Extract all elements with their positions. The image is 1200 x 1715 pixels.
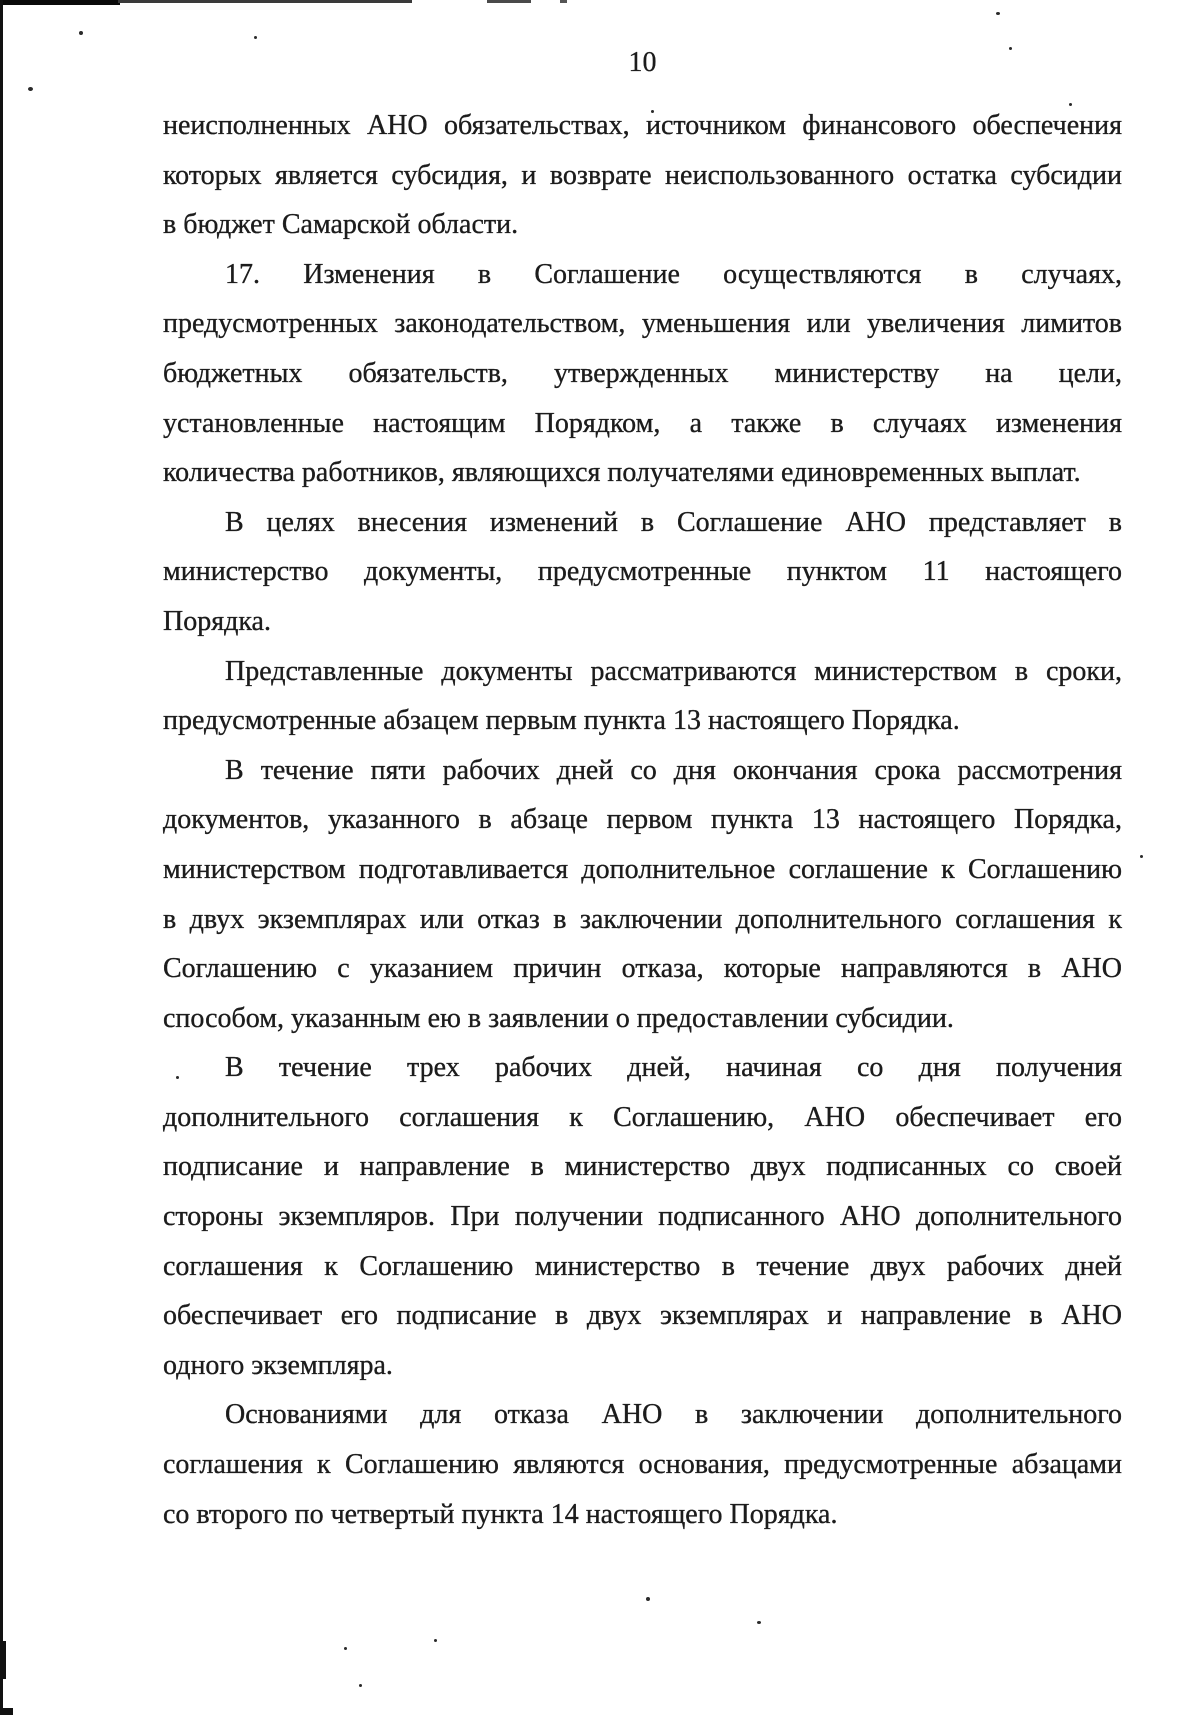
text-line: соглашения к Соглашению министерство в т… — [163, 1242, 1122, 1292]
scan-speck — [254, 36, 257, 39]
text-line: предусмотренные абзацем первым пункта 13… — [163, 696, 1122, 746]
text-line: количества работников, являющихся получа… — [163, 448, 1122, 498]
scan-speck — [996, 12, 1000, 15]
text-line: Порядка. — [163, 597, 1122, 647]
document-body: неисполненных АНО обязательствах, источн… — [163, 101, 1122, 1539]
text-line: которых является субсидия, и возврате не… — [163, 151, 1122, 201]
scan-top-edge-artifact — [0, 0, 120, 5]
text-line: министерством подготавливается дополните… — [163, 845, 1122, 895]
text-line: бюджетных обязательств, утвержденных мин… — [163, 349, 1122, 399]
page-number: 10 — [163, 46, 1122, 80]
text-line: министерство документы, предусмотренные … — [163, 547, 1122, 597]
text-line: обеспечивает его подписание в двух экзем… — [163, 1291, 1122, 1341]
text-line: Представленные документы рассматриваются… — [163, 647, 1122, 697]
scan-top-edge-artifact — [118, 0, 412, 3]
text-line: подписание и направление в министерство … — [163, 1142, 1122, 1192]
text-line: неисполненных АНО обязательствах, источн… — [163, 101, 1122, 151]
text-line: дополнительного соглашения к Соглашению,… — [163, 1093, 1122, 1143]
text-line: способом, указанным ею в заявлении о пре… — [163, 994, 1122, 1044]
scan-speck — [757, 1621, 761, 1624]
text-line: В целях внесения изменений в Соглашение … — [163, 498, 1122, 548]
scan-page: 10 неисполненных АНО обязательствах, ист… — [0, 0, 1200, 1715]
text-line: предусмотренных законодательством, умень… — [163, 299, 1122, 349]
scan-speck — [359, 1684, 362, 1687]
scan-speck — [79, 31, 83, 35]
text-line: со второго по четвертый пункта 14 настоя… — [163, 1490, 1122, 1540]
text-line: 17. Изменения в Соглашение осуществляютс… — [163, 250, 1122, 300]
text-line: Соглашению с указанием причин отказа, ко… — [163, 944, 1122, 994]
text-line: в двух экземплярах или отказ в заключени… — [163, 895, 1122, 945]
text-line: соглашения к Соглашению являются основан… — [163, 1440, 1122, 1490]
text-line: В течение пяти рабочих дней со дня оконч… — [163, 746, 1122, 796]
scan-speck — [344, 1647, 347, 1650]
text-line: одного экземпляра. — [163, 1341, 1122, 1391]
text-line: установленные настоящим Порядком, а такж… — [163, 399, 1122, 449]
scan-top-edge-artifact — [487, 0, 531, 3]
scan-left-edge-artifact — [0, 0, 3, 1715]
text-line: стороны экземпляров. При получении подпи… — [163, 1192, 1122, 1242]
text-line: документов, указанного в абзаце первом п… — [163, 795, 1122, 845]
text-line: В течение трех рабочих дней, начиная со … — [163, 1043, 1122, 1093]
scan-speck — [646, 1597, 650, 1601]
text-line: Основаниями для отказа АНО в заключении … — [163, 1390, 1122, 1440]
scan-corner-artifact — [0, 1708, 13, 1715]
scan-speck — [1140, 855, 1143, 858]
scan-speck — [434, 1639, 437, 1642]
scan-top-edge-artifact — [560, 0, 567, 3]
scan-left-edge-artifact — [0, 1641, 6, 1679]
text-line: в бюджет Самарской области. — [163, 200, 1122, 250]
scan-speck — [28, 87, 33, 91]
